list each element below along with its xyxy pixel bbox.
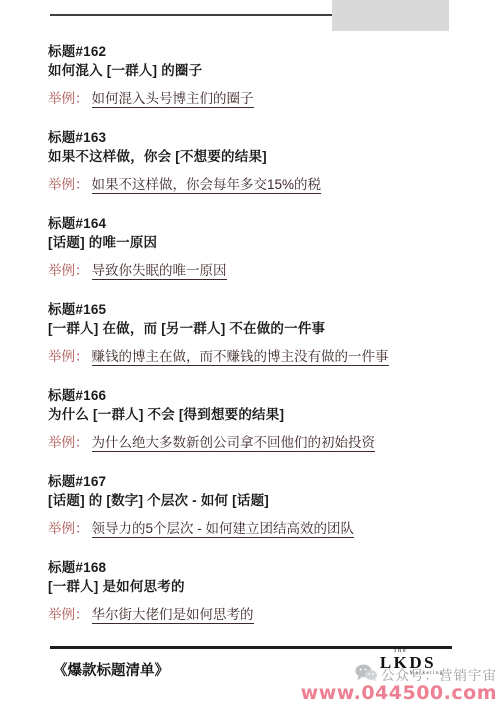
example-label: 举例：	[48, 521, 89, 536]
example-label: 举例：	[48, 607, 89, 622]
example-label: 举例：	[48, 349, 89, 364]
title-section: 标题#165 [一群人] 在做，而 [另一群人] 不在做的一件事 举例：赚钱的博…	[48, 300, 460, 365]
example-text: 如果不这样做，你会每年多交15%的税	[92, 177, 322, 194]
example-label: 举例：	[48, 91, 89, 106]
title-section: 标题#167 [话题] 的 [数字] 个层次 - 如何 [话题] 举例：领导力的…	[48, 472, 460, 537]
title-pattern: [一群人] 在做，而 [另一群人] 不在做的一件事	[48, 319, 460, 338]
example-text: 领导力的5个层次 - 如何建立团结高效的团队	[92, 521, 355, 538]
title-pattern: 如何混入 [一群人] 的圈子	[48, 61, 460, 80]
title-pattern: [话题] 的 [数字] 个层次 - 如何 [话题]	[48, 491, 460, 510]
title-pattern: [一群人] 是如何思考的	[48, 577, 460, 596]
example-row: 举例：领导力的5个层次 - 如何建立团结高效的团队	[48, 520, 460, 537]
title-pattern: 为什么 [一群人] 不会 [得到想要的结果]	[48, 405, 460, 424]
example-label: 举例：	[48, 263, 89, 278]
doc-title: 《爆款标题清单》	[53, 659, 169, 680]
wechat-icon	[355, 664, 377, 684]
example-text: 华尔街大佬们是如何思考的	[92, 607, 254, 624]
title-section: 标题#164 [话题] 的唯一原因 举例：导致你失眠的唯一原因	[48, 214, 460, 279]
title-number: 标题#166	[48, 386, 460, 405]
title-number: 标题#167	[48, 472, 460, 491]
title-number: 标题#165	[48, 300, 460, 319]
document-page: 标题#162 如何混入 [一群人] 的圈子 举例：如何混入头号博主们的圈子 标题…	[0, 0, 500, 706]
title-number: 标题#162	[48, 42, 460, 61]
title-section: 标题#166 为什么 [一群人] 不会 [得到想要的结果] 举例：为什么绝大多数…	[48, 386, 460, 451]
example-text: 赚钱的博主在做，而不赚钱的博主没有做的一件事	[92, 349, 389, 366]
example-label: 举例：	[48, 177, 89, 192]
example-row: 举例：赚钱的博主在做，而不赚钱的博主没有做的一件事	[48, 348, 460, 365]
example-row: 举例：导致你失眠的唯一原因	[48, 262, 460, 279]
watermark-account: 公众号：营销宇宙	[381, 664, 497, 684]
title-section: 标题#163 如果不这样做，你会 [不想要的结果] 举例：如果不这样做，你会每年…	[48, 128, 460, 193]
header-divider	[50, 14, 332, 16]
example-text: 如何混入头号博主们的圈子	[92, 91, 254, 108]
title-section: 标题#162 如何混入 [一群人] 的圈子 举例：如何混入头号博主们的圈子	[48, 42, 460, 107]
watermark-url: www.044500.com	[301, 682, 497, 704]
title-number: 标题#168	[48, 558, 460, 577]
title-number: 标题#164	[48, 214, 460, 233]
example-label: 举例：	[48, 435, 89, 450]
title-number: 标题#163	[48, 128, 460, 147]
example-row: 举例：如何混入头号博主们的圈子	[48, 90, 460, 107]
title-list: 标题#162 如何混入 [一群人] 的圈子 举例：如何混入头号博主们的圈子 标题…	[48, 42, 460, 644]
watermark: 公众号：营销宇宙 www.044500.com	[301, 664, 497, 704]
example-row: 举例：华尔街大佬们是如何思考的	[48, 606, 460, 623]
example-text: 为什么绝大多数新创公司拿不回他们的初始投资	[92, 435, 376, 452]
example-row: 举例：如果不这样做，你会每年多交15%的税	[48, 176, 460, 193]
corner-gray-box	[332, 0, 449, 31]
title-pattern: [话题] 的唯一原因	[48, 233, 460, 252]
title-section: 标题#168 [一群人] 是如何思考的 举例：华尔街大佬们是如何思考的	[48, 558, 460, 623]
title-pattern: 如果不这样做，你会 [不想要的结果]	[48, 147, 460, 166]
watermark-account-row: 公众号：营销宇宙	[301, 664, 497, 684]
example-row: 举例：为什么绝大多数新创公司拿不回他们的初始投资	[48, 434, 460, 451]
example-text: 导致你失眠的唯一原因	[92, 263, 227, 280]
